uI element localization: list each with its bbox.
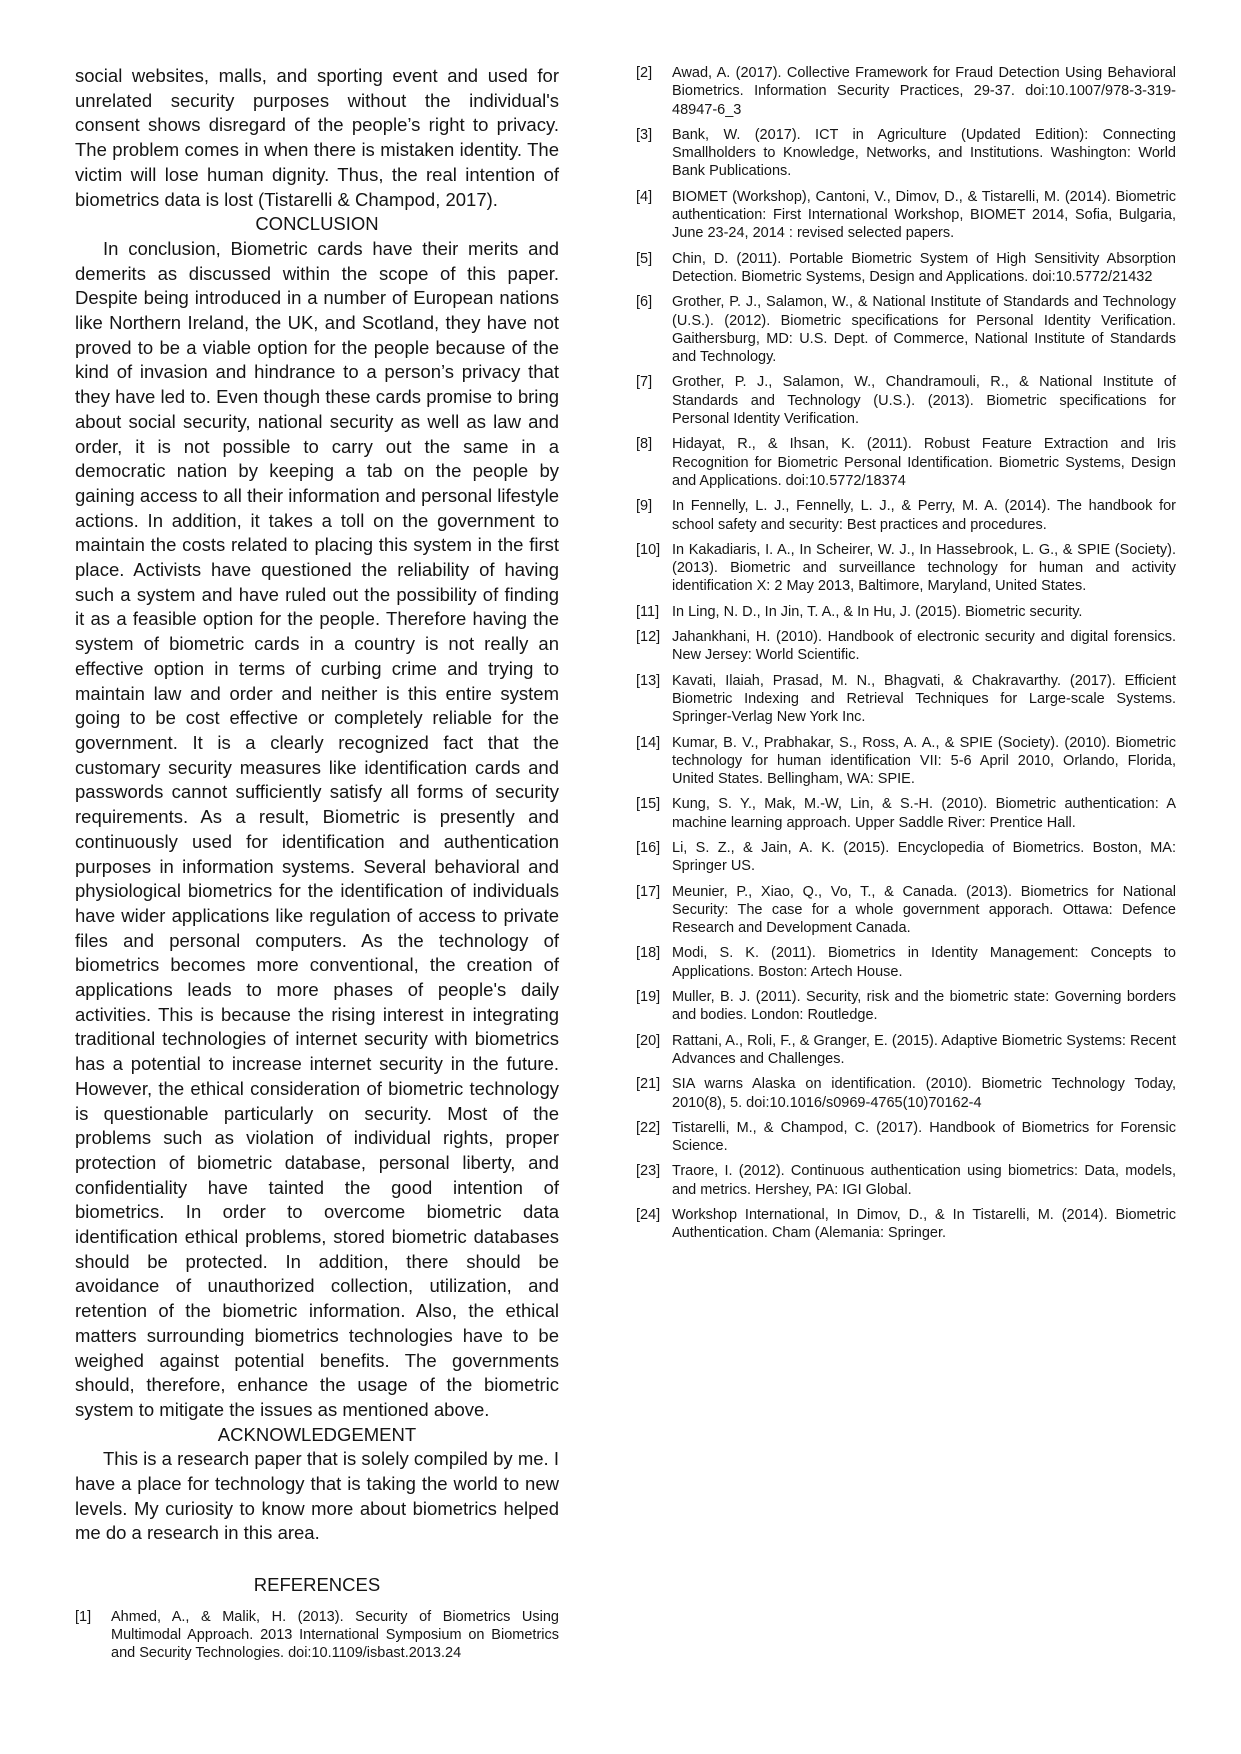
reference-text: Meunier, P., Xiao, Q., Vo, T., & Canada.… (672, 884, 1176, 937)
reference-item: [13] Kavati, Ilaiah, Prasad, M. N., Bhag… (636, 672, 1176, 727)
reference-text: Modi, S. K. (2011). Biometrics in Identi… (672, 945, 1176, 979)
reference-number: [2] (636, 64, 652, 82)
reference-number: [3] (636, 126, 652, 144)
reference-item: [9] In Fennelly, L. J., Fennelly, L. J.,… (636, 497, 1176, 534)
reference-number: [10] (636, 541, 660, 559)
reference-text: Traore, I. (2012). Continuous authentica… (672, 1163, 1176, 1197)
references-heading: REFERENCES (75, 1573, 559, 1598)
reference-item: [15] Kung, S. Y., Mak, M.-W, Lin, & S.-H… (636, 795, 1176, 832)
reference-text: Awad, A. (2017). Collective Framework fo… (672, 65, 1176, 118)
reference-item: [21] SIA warns Alaska on identification.… (636, 1075, 1176, 1112)
reference-item: [10] In Kakadiaris, I. A., In Scheirer, … (636, 541, 1176, 596)
reference-number: [20] (636, 1032, 660, 1050)
reference-number: [18] (636, 944, 660, 962)
reference-number: [4] (636, 188, 652, 206)
reference-number: [12] (636, 628, 660, 646)
reference-text: Hidayat, R., & Ihsan, K. (2011). Robust … (672, 436, 1176, 489)
reference-item: [23] Traore, I. (2012). Continuous authe… (636, 1162, 1176, 1199)
reference-text: In Fennelly, L. J., Fennelly, L. J., & P… (672, 498, 1176, 532)
reference-number: [17] (636, 883, 660, 901)
reference-text: Tistarelli, M., & Champod, C. (2017). Ha… (672, 1120, 1176, 1154)
document-page: social websites, malls, and sporting eve… (0, 0, 1241, 1754)
reference-item: [1] Ahmed, A., & Malik, H. (2013). Secur… (75, 1608, 559, 1663)
reference-item: [20] Rattani, A., Roli, F., & Granger, E… (636, 1032, 1176, 1069)
acknowledgement-heading: ACKNOWLEDGEMENT (75, 1423, 559, 1448)
reference-item: [7] Grother, P. J., Salamon, W., Chandra… (636, 373, 1176, 428)
reference-item: [22] Tistarelli, M., & Champod, C. (2017… (636, 1119, 1176, 1156)
reference-item: [8] Hidayat, R., & Ihsan, K. (2011). Rob… (636, 435, 1176, 490)
reference-item: [11] In Ling, N. D., In Jin, T. A., & In… (636, 603, 1176, 621)
reference-text: Workshop International, In Dimov, D., & … (672, 1207, 1176, 1241)
reference-number: [15] (636, 795, 660, 813)
reference-item: [6] Grother, P. J., Salamon, W., & Natio… (636, 293, 1176, 366)
reference-item: [19] Muller, B. J. (2011). Security, ris… (636, 988, 1176, 1025)
reference-number: [7] (636, 373, 652, 391)
reference-item: [18] Modi, S. K. (2011). Biometrics in I… (636, 944, 1176, 981)
reference-text: In Ling, N. D., In Jin, T. A., & In Hu, … (672, 604, 1082, 620)
reference-text: Kumar, B. V., Prabhakar, S., Ross, A. A.… (672, 735, 1176, 788)
reference-number: [24] (636, 1206, 660, 1224)
reference-item: [3] Bank, W. (2017). ICT in Agriculture … (636, 126, 1176, 181)
reference-number: [16] (636, 839, 660, 857)
reference-number: [8] (636, 435, 652, 453)
reference-item: [17] Meunier, P., Xiao, Q., Vo, T., & Ca… (636, 883, 1176, 938)
reference-item: [16] Li, S. Z., & Jain, A. K. (2015). En… (636, 839, 1176, 876)
references-list-right: [2] Awad, A. (2017). Collective Framewor… (636, 64, 1176, 1243)
reference-text: Chin, D. (2011). Portable Biometric Syst… (672, 251, 1176, 285)
reference-text: Rattani, A., Roli, F., & Granger, E. (20… (672, 1033, 1176, 1067)
left-column: social websites, malls, and sporting eve… (75, 64, 559, 1670)
reference-item: [2] Awad, A. (2017). Collective Framewor… (636, 64, 1176, 119)
reference-item: [14] Kumar, B. V., Prabhakar, S., Ross, … (636, 734, 1176, 789)
reference-number: [11] (636, 603, 659, 621)
reference-item: [12] Jahankhani, H. (2010). Handbook of … (636, 628, 1176, 665)
conclusion-paragraph: In conclusion, Biometric cards have thei… (75, 237, 559, 1423)
reference-number: [9] (636, 497, 652, 515)
right-column: [2] Awad, A. (2017). Collective Framewor… (636, 64, 1176, 1250)
reference-text: Jahankhani, H. (2010). Handbook of elect… (672, 629, 1176, 663)
reference-number: [19] (636, 988, 660, 1006)
reference-number: [13] (636, 672, 660, 690)
reference-item: [5] Chin, D. (2011). Portable Biometric … (636, 250, 1176, 287)
reference-text: Grother, P. J., Salamon, W., Chandramoul… (672, 374, 1176, 427)
reference-text: Kavati, Ilaiah, Prasad, M. N., Bhagvati,… (672, 673, 1176, 726)
reference-text: Kung, S. Y., Mak, M.-W, Lin, & S.-H. (20… (672, 796, 1176, 830)
reference-number: [21] (636, 1075, 660, 1093)
reference-number: [1] (75, 1608, 91, 1626)
reference-text: Muller, B. J. (2011). Security, risk and… (672, 989, 1176, 1023)
references-list-left: [1] Ahmed, A., & Malik, H. (2013). Secur… (75, 1608, 559, 1663)
reference-item: [24] Workshop International, In Dimov, D… (636, 1206, 1176, 1243)
reference-text: Bank, W. (2017). ICT in Agriculture (Upd… (672, 127, 1176, 180)
acknowledgement-paragraph: This is a research paper that is solely … (75, 1447, 559, 1546)
reference-text: Grother, P. J., Salamon, W., & National … (672, 294, 1176, 365)
conclusion-heading: CONCLUSION (75, 212, 559, 237)
reference-text: Li, S. Z., & Jain, A. K. (2015). Encyclo… (672, 840, 1176, 874)
reference-number: [6] (636, 293, 652, 311)
reference-text: Ahmed, A., & Malik, H. (2013). Security … (111, 1609, 559, 1662)
reference-number: [23] (636, 1162, 660, 1180)
reference-number: [22] (636, 1119, 660, 1137)
reference-text: BIOMET (Workshop), Cantoni, V., Dimov, D… (672, 189, 1176, 242)
reference-text: SIA warns Alaska on identification. (201… (672, 1076, 1176, 1110)
reference-text: In Kakadiaris, I. A., In Scheirer, W. J.… (672, 542, 1176, 595)
reference-number: [14] (636, 734, 660, 752)
intro-paragraph: social websites, malls, and sporting eve… (75, 64, 559, 212)
reference-number: [5] (636, 250, 652, 268)
reference-item: [4] BIOMET (Workshop), Cantoni, V., Dimo… (636, 188, 1176, 243)
